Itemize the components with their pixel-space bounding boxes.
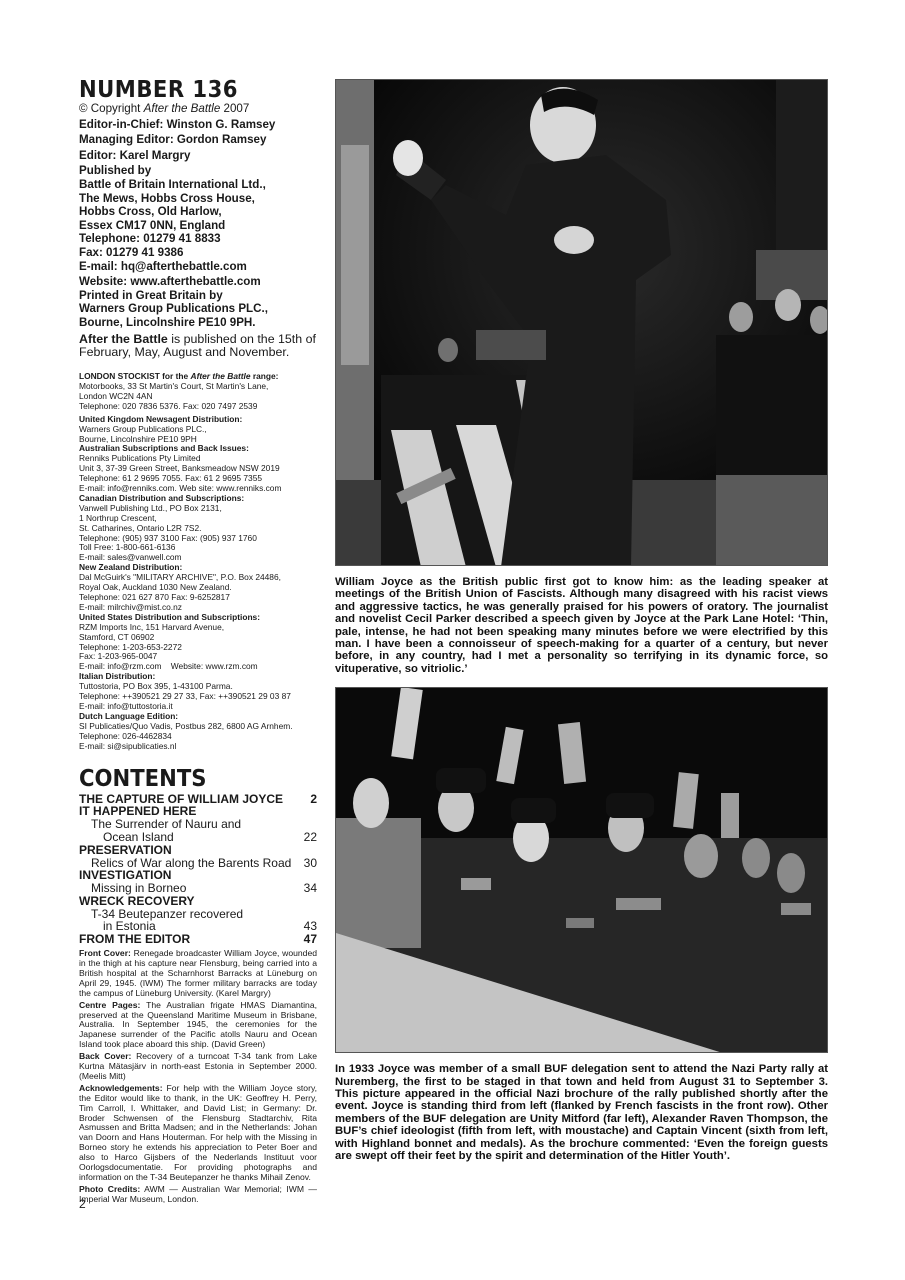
photo-column: William Joyce as the British public firs… bbox=[335, 79, 828, 1163]
distribution-new-zealand: New Zealand Distribution: Dal McGuirk's … bbox=[79, 563, 317, 613]
telephone: Telephone: 01279 41 8833 bbox=[79, 232, 317, 246]
distribution-uk: United Kingdom Newsagent Distribution: W… bbox=[79, 415, 317, 445]
acknowledgements-note: Acknowledgements: For help with the Will… bbox=[79, 1084, 317, 1183]
managing-editor: Managing Editor: Gordon Ramsey bbox=[79, 133, 317, 147]
publisher-address: Published by Battle of Britain Internati… bbox=[79, 164, 317, 232]
toc-entry[interactable]: Missing in Borneo34 bbox=[79, 882, 317, 895]
fax: Fax: 01279 41 9386 bbox=[79, 246, 317, 260]
contents-title: CONTENTS bbox=[79, 767, 298, 791]
distribution-london: LONDON STOCKIST for the After the Battle… bbox=[79, 372, 317, 412]
editor: Editor: Karel Margry bbox=[79, 149, 317, 163]
back-cover-note: Back Cover: Recovery of a turncoat T-34 … bbox=[79, 1052, 317, 1082]
distribution-dutch: Dutch Language Edition: SI Publicaties/Q… bbox=[79, 712, 317, 752]
photo-caption-2: In 1933 Joyce was member of a small BUF … bbox=[335, 1063, 828, 1162]
distribution-italy: Italian Distribution: Tuttostoria, PO Bo… bbox=[79, 672, 317, 712]
front-cover-note: Front Cover: Renegade broadcaster Willia… bbox=[79, 949, 317, 999]
distribution-list: LONDON STOCKIST for the After the Battle… bbox=[79, 372, 317, 751]
toc-section: WRECK RECOVERY bbox=[79, 895, 317, 908]
toc-section: PRESERVATION bbox=[79, 844, 317, 857]
page-number: 2 bbox=[79, 1197, 86, 1211]
nuremberg-rally-image bbox=[336, 688, 828, 1053]
masthead-column: NUMBER 136 © Copyright After the Battle … bbox=[79, 78, 317, 1207]
distribution-canada: Canadian Distribution and Subscriptions:… bbox=[79, 494, 317, 563]
photo-joyce-speaking bbox=[335, 79, 828, 566]
toc-entry[interactable]: FROM THE EDITOR47 bbox=[79, 933, 317, 946]
photo-nuremberg-rally bbox=[335, 687, 828, 1053]
issue-number: NUMBER 136 bbox=[79, 78, 298, 102]
distribution-australia: Australian Subscriptions and Back Issues… bbox=[79, 444, 317, 494]
distribution-us: United States Distribution and Subscript… bbox=[79, 613, 317, 672]
toc-entry[interactable]: The Surrender of Nauru and bbox=[79, 818, 317, 831]
copyright-line: © Copyright After the Battle 2007 bbox=[79, 102, 317, 116]
photo-caption-1: William Joyce as the British public firs… bbox=[335, 576, 828, 675]
magazine-title: After the Battle bbox=[144, 102, 221, 115]
email-link[interactable]: E-mail: hq@afterthebattle.com bbox=[79, 260, 317, 274]
printer-info: Printed in Great Britain by Warners Grou… bbox=[79, 289, 317, 330]
joyce-speaking-image bbox=[336, 80, 828, 566]
photo-credits-note: Photo Credits: AWM — Australian War Memo… bbox=[79, 1185, 317, 1205]
toc-entry[interactable]: Ocean Island22 bbox=[79, 831, 317, 844]
issue-notes: Front Cover: Renegade broadcaster Willia… bbox=[79, 949, 317, 1205]
website-link[interactable]: Website: www.afterthebattle.com bbox=[79, 275, 317, 289]
centre-pages-note: Centre Pages: The Australian frigate HMA… bbox=[79, 1001, 317, 1051]
table-of-contents: THE CAPTURE OF WILLIAM JOYCE2 IT HAPPENE… bbox=[79, 793, 317, 947]
editor-in-chief: Editor-in-Chief: Winston G. Ramsey bbox=[79, 118, 317, 132]
publication-schedule: After the Battle is published on the 15t… bbox=[79, 333, 317, 360]
